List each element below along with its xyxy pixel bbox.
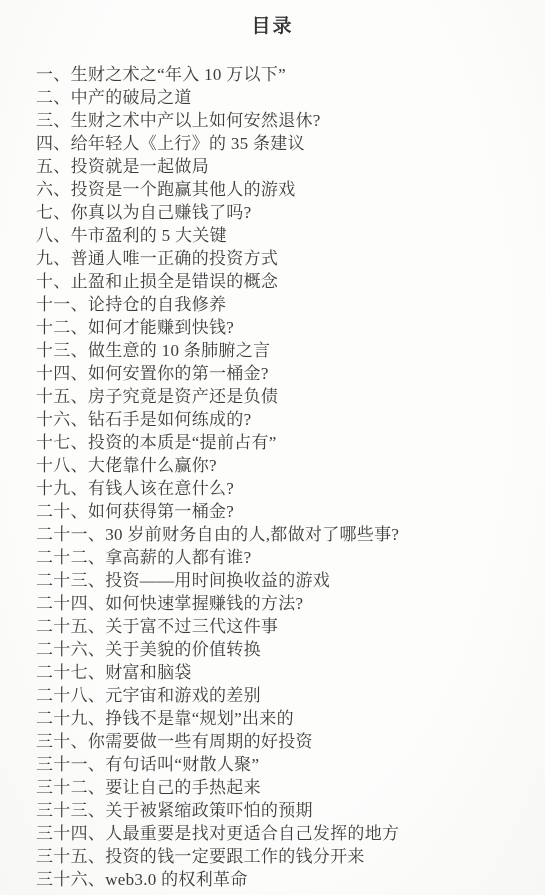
toc-item: 三十一、有句话叫“财散人聚” — [36, 753, 539, 776]
toc-item: 十一、论持仓的自我修养 — [36, 293, 539, 316]
toc-item: 二十六、关于美貌的价值转换 — [36, 638, 539, 661]
toc-item: 三十、你需要做一些有周期的好投资 — [36, 730, 539, 753]
toc-item: 十八、大佬靠什么赢你? — [36, 454, 539, 477]
toc-item: 二十五、关于富不过三代这件事 — [36, 615, 539, 638]
toc-item: 十九、有钱人该在意什么? — [36, 477, 539, 500]
toc-item: 七、你真以为自己赚钱了吗? — [36, 201, 539, 224]
toc-item: 二十八、元宇宙和游戏的差别 — [36, 684, 539, 707]
toc-item: 二十二、拿高薪的人都有谁? — [36, 546, 539, 569]
page-title: 目录 — [251, 11, 293, 38]
toc-list: 一、生财之术之“年入 10 万以下”二、中产的破局之道三、生财之术中产以上如何安… — [36, 63, 539, 891]
toc-item: 二十九、挣钱不是靠“规划”出来的 — [36, 707, 539, 730]
toc-item: 二十四、如何快速掌握赚钱的方法? — [36, 592, 539, 615]
toc-item: 二十、如何获得第一桶金? — [36, 500, 539, 523]
toc-item: 十、止盈和止损全是错误的概念 — [36, 270, 539, 293]
toc-item: 三十三、关于被紧缩政策吓怕的预期 — [36, 799, 539, 822]
toc-item: 三十四、人最重要是找对更适合自己发挥的地方 — [36, 822, 539, 845]
toc-item: 三、生财之术中产以上如何安然退休? — [36, 109, 539, 132]
toc-item: 二十一、30 岁前财务自由的人,都做对了哪些事? — [36, 523, 539, 546]
toc-item: 三十二、要让自己的手热起来 — [36, 776, 539, 799]
toc-page: 目录 一、生财之术之“年入 10 万以下”二、中产的破局之道三、生财之术中产以上… — [0, 0, 545, 895]
toc-item: 二十七、财富和脑袋 — [36, 661, 539, 684]
toc-item: 十三、做生意的 10 条肺腑之言 — [36, 339, 539, 362]
toc-item: 十七、投资的本质是“提前占有” — [36, 431, 539, 454]
toc-item: 一、生财之术之“年入 10 万以下” — [36, 63, 539, 86]
toc-item: 六、投资是一个跑赢其他人的游戏 — [36, 178, 539, 201]
toc-item: 十四、如何安置你的第一桶金? — [36, 362, 539, 385]
toc-item: 八、牛市盈利的 5 大关键 — [36, 224, 539, 247]
toc-item: 四、给年轻人《上行》的 35 条建议 — [36, 132, 539, 155]
page-header: 目录 — [36, 9, 539, 38]
toc-item: 二十三、投资——用时间换收益的游戏 — [36, 569, 539, 592]
toc-item: 十五、房子究竟是资产还是负债 — [36, 385, 539, 408]
toc-item: 九、普通人唯一正确的投资方式 — [36, 247, 539, 270]
toc-item: 二、中产的破局之道 — [36, 86, 539, 109]
toc-item: 三十五、投资的钱一定要跟工作的钱分开来 — [36, 845, 539, 868]
toc-item: 五、投资就是一起做局 — [36, 155, 539, 178]
toc-item: 三十六、web3.0 的权利革命 — [36, 868, 539, 891]
toc-item: 十二、如何才能赚到快钱? — [36, 316, 539, 339]
toc-item: 十六、钻石手是如何练成的? — [36, 408, 539, 431]
